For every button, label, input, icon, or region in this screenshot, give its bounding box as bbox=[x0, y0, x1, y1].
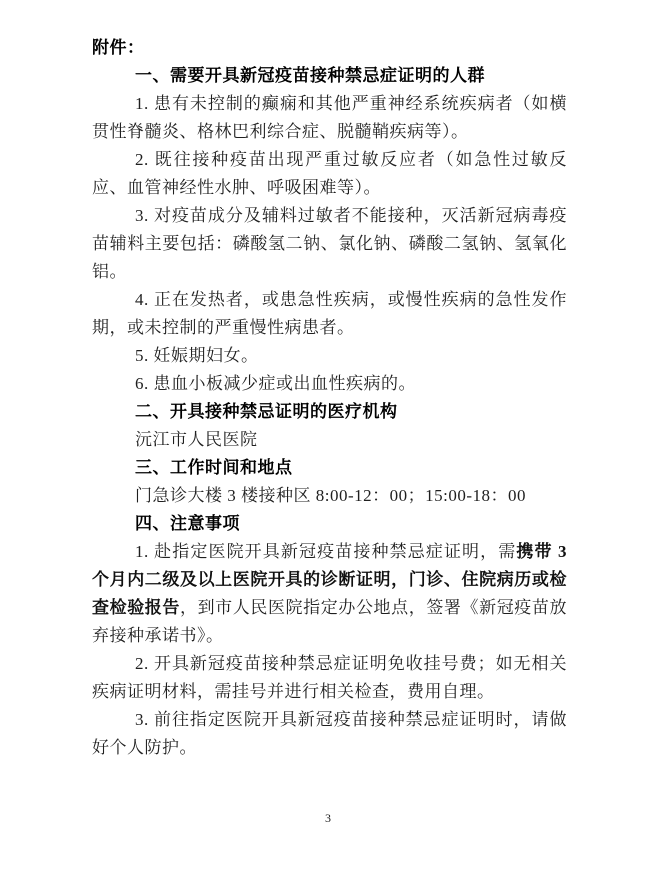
section2-heading: 二、开具接种禁忌证明的医疗机构 bbox=[92, 398, 567, 426]
section4-note-2: 2. 开具新冠疫苗接种禁忌症证明免收挂号费；如无相关疾病证明材料，需挂号并进行相… bbox=[92, 650, 567, 706]
section1-item-4: 4. 正在发热者，或患急性疾病，或慢性疾病的急性发作期，或未控制的严重慢性病患者… bbox=[92, 286, 567, 342]
section4-note-1: 1. 赴指定医院开具新冠疫苗接种禁忌症证明，需携带 3 个月内二级及以上医院开具… bbox=[92, 538, 567, 650]
section3-schedule: 门急诊大楼 3 楼接种区 8:00-12：00；15:00-18：00 bbox=[92, 482, 567, 510]
section1-item-6: 6. 患血小板减少症或出血性疾病的。 bbox=[92, 370, 567, 398]
page-number: 3 bbox=[0, 804, 656, 832]
section4-note-3: 3. 前往指定医院开具新冠疫苗接种禁忌症证明时，请做好个人防护。 bbox=[92, 706, 567, 762]
section1-item-3: 3. 对疫苗成分及辅料过敏者不能接种，灭活新冠病毒疫苗辅料主要包括：磷酸氢二钠、… bbox=[92, 202, 567, 286]
section1-heading: 一、需要开具新冠疫苗接种禁忌症证明的人群 bbox=[92, 62, 567, 90]
note1-text-pre: 1. 赴指定医院开具新冠疫苗接种禁忌症证明，需 bbox=[135, 542, 516, 561]
section1-item-5: 5. 妊娠期妇女。 bbox=[92, 342, 567, 370]
section4-heading: 四、注意事项 bbox=[92, 510, 567, 538]
attachment-label: 附件： bbox=[92, 34, 567, 62]
section1-item-1: 1. 患有未控制的癫痫和其他严重神经系统疾病者（如横贯性脊髓炎、格林巴利综合症、… bbox=[92, 90, 567, 146]
section2-hospital: 沅江市人民医院 bbox=[92, 426, 567, 454]
section1-item-2: 2. 既往接种疫苗出现严重过敏反应者（如急性过敏反应、血管神经性水肿、呼吸困难等… bbox=[92, 146, 567, 202]
document-page: 附件： 一、需要开具新冠疫苗接种禁忌症证明的人群 1. 患有未控制的癫痫和其他严… bbox=[0, 0, 656, 879]
section3-heading: 三、工作时间和地点 bbox=[92, 454, 567, 482]
